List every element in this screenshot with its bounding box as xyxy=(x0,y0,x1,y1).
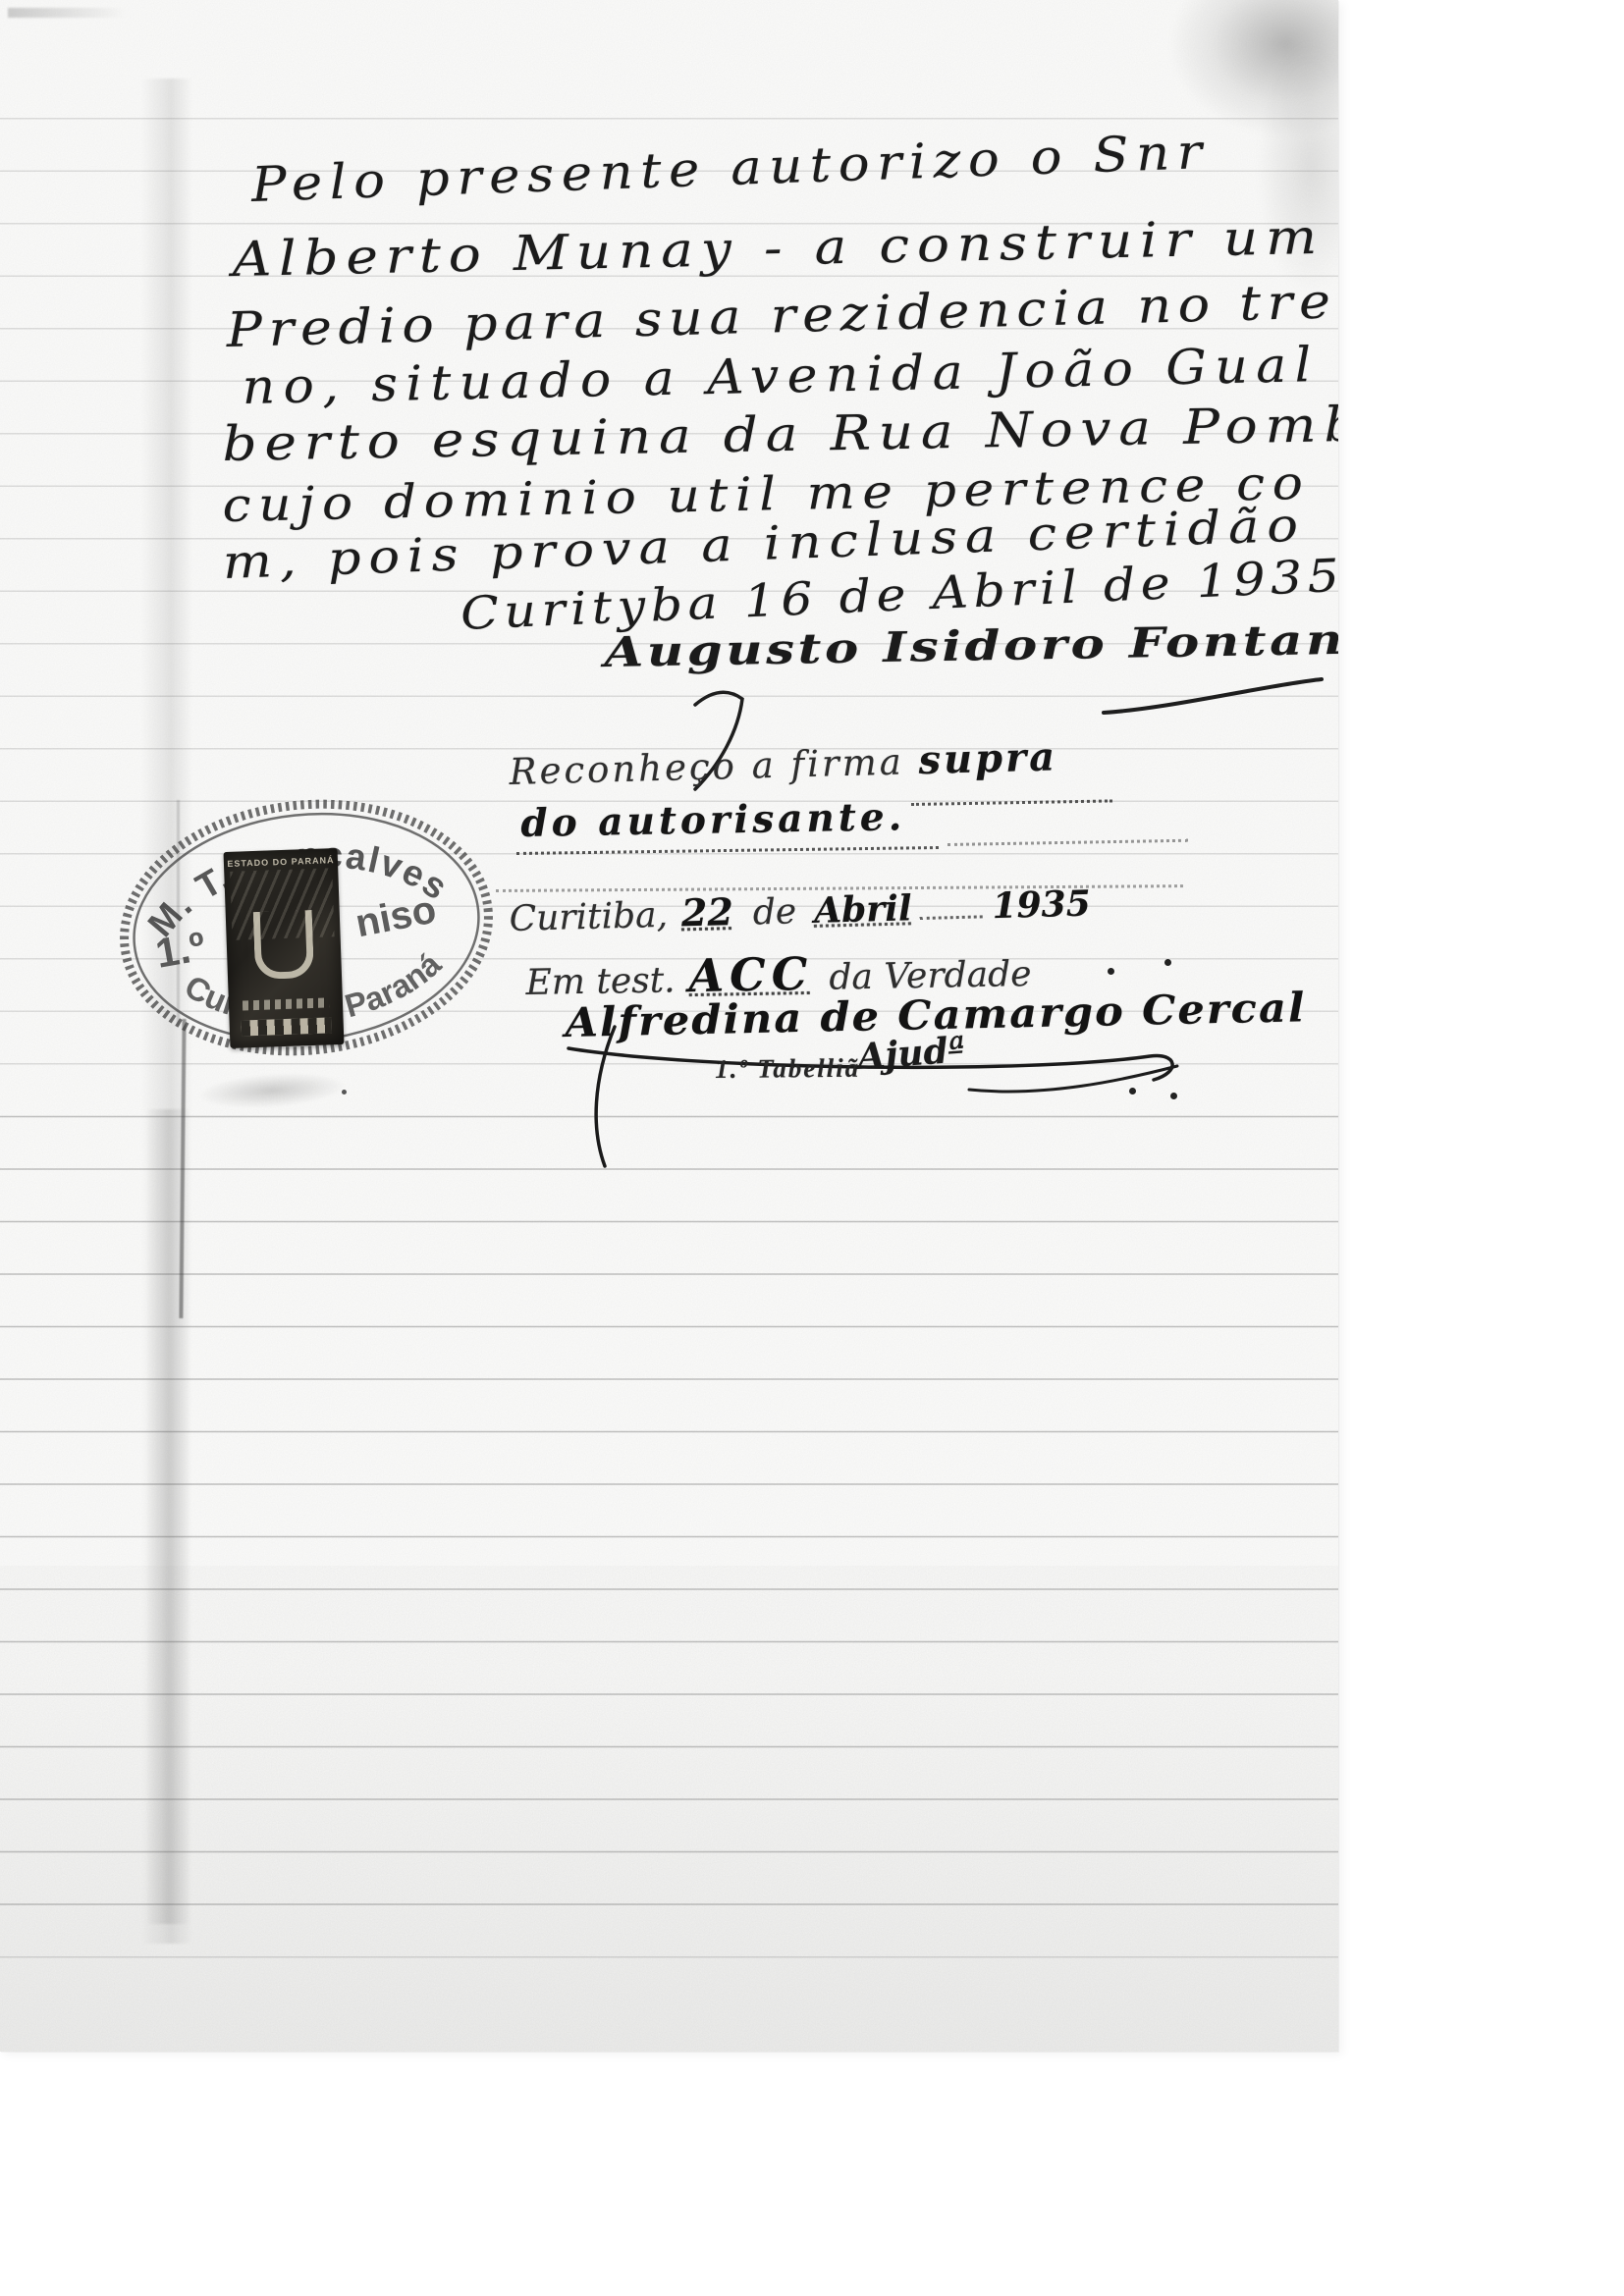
stamp-middle-left: 1.º xyxy=(152,923,209,977)
ink-dot xyxy=(1164,959,1171,966)
scanned-page-background: M. T. Gonçalves 1.º niso Cur Paraná ESTA… xyxy=(0,0,1624,2296)
signature-underline-flourish xyxy=(1100,675,1326,721)
date-year: 1935 xyxy=(992,882,1091,927)
ink-dot xyxy=(1170,1093,1177,1099)
recognition-emphasis: supra xyxy=(918,733,1058,783)
ink-dot xyxy=(1129,1088,1136,1095)
revenue-stamp: ESTADO DO PARANÁ xyxy=(224,848,345,1048)
title-tail-flourish xyxy=(967,1058,1183,1101)
date-month: Abril xyxy=(814,887,912,932)
revenue-stamp-band xyxy=(243,997,329,1010)
recognition-line-2: do autorisante. xyxy=(520,794,906,846)
top-left-speck xyxy=(8,8,126,18)
dotted-gap xyxy=(919,883,983,920)
coat-of-arms-emblem xyxy=(253,910,314,980)
revenue-stamp-value-band xyxy=(241,1017,332,1036)
bottom-paper-shading xyxy=(0,1669,1338,2052)
date-day: 22 xyxy=(680,889,733,934)
svg-text:Paraná: Paraná xyxy=(337,943,453,1026)
stamp-middle-right: niso xyxy=(352,887,440,945)
paper-sheet: M. T. Gonçalves 1.º niso Cur Paraná ESTA… xyxy=(0,0,1338,2052)
date-de: de xyxy=(752,891,796,933)
pencil-dot xyxy=(342,1090,347,1095)
notary-title-printed: 1.º Tabelliã xyxy=(715,1053,860,1085)
ink-dot xyxy=(1108,968,1114,975)
notary-title-handwritten: Ajudª xyxy=(856,1029,966,1078)
signature-descender-stroke xyxy=(583,1023,626,1175)
date-city: Curitiba, xyxy=(509,895,668,939)
stamp-bottom-right: Paraná xyxy=(337,943,453,1026)
revenue-stamp-header: ESTADO DO PARANÁ xyxy=(224,855,338,869)
